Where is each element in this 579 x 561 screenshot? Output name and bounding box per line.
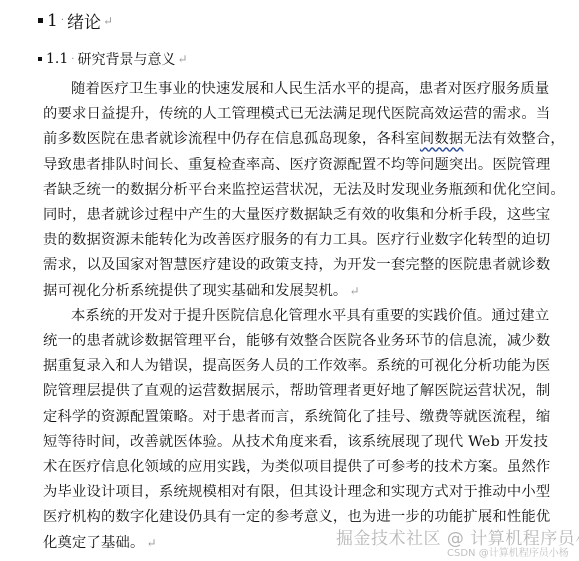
line-text: 化奠定了基础。 <box>43 535 144 551</box>
text-line: 随着医疗卫生事业的快速发展和人民生活水平的提高，患者对医疗服务质量 <box>43 77 537 102</box>
text-line: 据可视化分析系统提供了现实基础和发展契机。↵ <box>43 279 537 304</box>
text-line: 需求，以及国家对智慧医疗建设的政策支持，为开发一套完整的医院患者就诊数 <box>43 253 537 278</box>
heading-bullet-icon <box>38 57 42 61</box>
text-line: 者缺乏统一的数据分析平台来监控运营状况，无法及时发现业务瓶颈和优化空间。 <box>43 178 537 203</box>
paragraph-mark-icon: ↵ <box>146 536 156 550</box>
text-line: 术在医疗信息化领域的应用实践，为类似项目提供了可参考的技术方案。虽然作 <box>43 455 537 480</box>
text-line: 的要求日益提升，传统的人工管理模式已无法满足现代医院高效运营的需求。当 <box>43 102 537 127</box>
spellcheck-underlined-text[interactable]: 间数据 <box>420 131 464 147</box>
heading-number: 1.1 <box>46 51 68 67</box>
heading-2[interactable]: 1.1 · 研究背景与意义 ↵ <box>38 49 188 69</box>
heading-1[interactable]: 1 · 绪论 ↵ <box>38 8 113 33</box>
text-line-with-underline: 前多数医院在患者就诊流程中仍存在信息孤岛现象，各科室间数据无法有效整合， <box>43 127 537 152</box>
line-segment: 无法有效整合， <box>463 131 564 147</box>
paragraph-2[interactable]: 本系统的开发对于提升医院信息化管理水平具有重要的实践价值。通过建立 统一的患者就… <box>43 304 537 556</box>
paragraph-mark-icon: ↵ <box>177 52 187 66</box>
text-line: 统一的患者就诊数据管理平台，能够有效整合医院各业务环节的信息流，减少数 <box>43 329 537 354</box>
heading-title: 绪论 <box>67 8 101 33</box>
line-text: 据可视化分析系统提供了现实基础和发展契机。 <box>43 283 347 299</box>
body-text[interactable]: 随着医疗卫生事业的快速发展和人民生活水平的提高，患者对医疗服务质量 的要求日益提… <box>43 77 537 556</box>
line-segment: 前多数医院在患者就诊流程中仍存在信息孤岛现象，各科室 <box>43 131 420 147</box>
document-page: 1 · 绪论 ↵ 1.1 · 研究背景与意义 ↵ 随着医疗卫生事业的快速发展和人… <box>0 0 579 561</box>
text-line: 院管理层提供了直观的运营数据展示，帮助管理者更好地了解医院运营状况，制 <box>43 379 537 404</box>
text-line: 本系统的开发对于提升医院信息化管理水平具有重要的实践价值。通过建立 <box>43 304 537 329</box>
text-line: 导致患者排队时间长、重复检查率高、医疗资源配置不均等问题突出。医院管理 <box>43 153 537 178</box>
text-line: 据重复录入和人为错误，提高医务人员的工作效率。系统的可视化分析功能为医 <box>43 354 537 379</box>
heading-bullet-icon <box>38 18 43 23</box>
space-mark-icon: · <box>71 54 74 65</box>
text-line: 短等待时间，改善就医体验。从技术角度来看，该系统展现了现代 Web 开发技 <box>43 430 537 455</box>
text-line: 同时，患者就诊过程中产生的大量医疗数据缺乏有效的收集和分析手段，这些宝 <box>43 203 537 228</box>
space-mark-icon: · <box>61 15 64 26</box>
text-line: 定科学的资源配置策略。对于患者而言，系统简化了挂号、缴费等就医流程，缩 <box>43 405 537 430</box>
text-line: 贵的数据资源未能转化为改善医疗服务的有力工具。医疗行业数字化转型的迫切 <box>43 228 537 253</box>
watermark-csdn: CSDN @计算机程序员小杨 <box>447 544 569 559</box>
text-line: 为毕业设计项目，系统规模相对有限，但其设计理念和实现方式对于推动中小型 <box>43 480 537 505</box>
heading-number: 1 <box>47 11 58 31</box>
paragraph-mark-icon: ↵ <box>349 284 359 298</box>
paragraph-mark-icon: ↵ <box>103 14 113 28</box>
paragraph-1[interactable]: 随着医疗卫生事业的快速发展和人民生活水平的提高，患者对医疗服务质量 的要求日益提… <box>43 77 537 304</box>
heading-title: 研究背景与意义 <box>77 49 175 69</box>
